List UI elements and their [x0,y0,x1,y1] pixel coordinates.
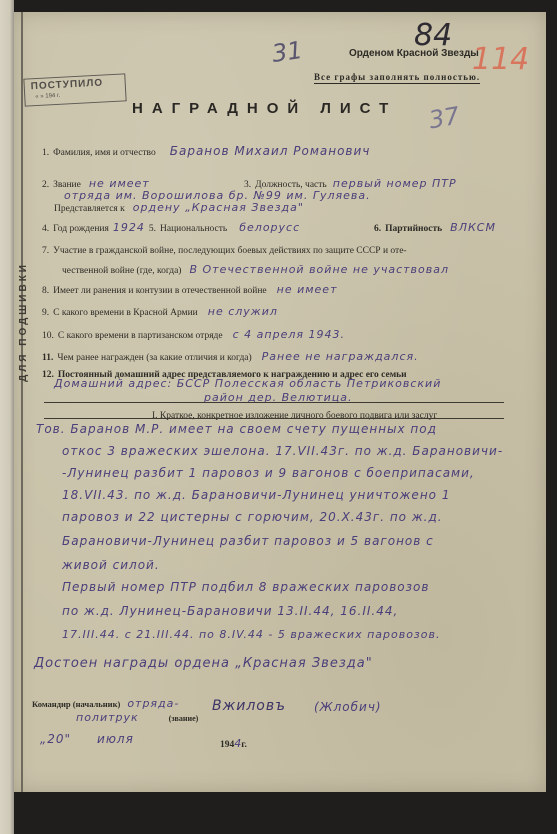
field-value: белорусс [239,221,300,234]
field-12-value-cont: район дер. Велютица. [204,388,353,406]
field-nominated-for: Представляется к ордену „Красная Звезда" [54,198,304,216]
role-value-2: политрук [76,711,139,724]
field-label: Имеет ли ранения и контузии в отечествен… [53,286,267,296]
stamp-date-line: « » 194 г. [35,93,60,100]
spine-line [21,12,23,792]
narrative-line: откос 3 вражеских эшелона. 17.VII.43г. п… [62,444,503,458]
field-label: Год рождения [53,224,109,234]
year-prefix: 194 [220,740,234,750]
divider [44,418,504,419]
narrative-line: 17.III.44. с 21.III.44. по 8.IV.44 - 5 в… [62,628,441,641]
field-label: Участие в гражданской войне, последующих… [53,246,406,256]
field-4: 4. Год рождения 1924 5. Национальность б… [42,218,300,236]
field-value: ВЛКСМ [450,221,496,234]
signature-rank-row: политрук (звание) [76,708,198,726]
field-1: 1. Фамилия, имя и отчество Баранов Михаи… [42,142,370,160]
field-label: Национальность [160,224,227,234]
field-value: с 4 апреля 1943. [233,328,345,341]
archive-number-red: 114 [472,42,529,77]
received-stamp: ПОСТУПИЛО « » 194 г. [23,73,126,106]
signature-year: 1944г. [220,734,247,752]
section-heading: I. Краткое, конкретное изложение личного… [152,411,437,421]
narrative-line: паровоз и 22 цистерны с горючим, 20.X.43… [62,510,443,524]
field-11: 11. Чем ранее награжден (за какие отличи… [42,347,419,365]
field-value: Баранов Михаил Романович [170,144,371,158]
narrative-line: Барановичи-Лунинец разбит паровоз и 5 ва… [62,534,434,548]
binder-edge [0,0,14,834]
date-month: июля [97,732,134,746]
field-value: В Отечественной войне не участвовал [189,263,449,276]
signer-name: (Жлобич) [314,700,382,714]
field-value: Ранее не награждался. [262,350,419,363]
award-sheet-document: ДЛЯ ПОДШИВКИ 31 84 114 37 Орденом Красно… [14,12,546,792]
archive-number-pencil: 37 [427,102,462,135]
year-suffix: г. [241,740,247,750]
rank-label: (звание) [169,714,199,723]
field-label: Чем ранее награжден (за какие отличия и … [57,353,251,363]
field-value: не имеет [277,283,338,296]
order-line: Орденом Красной Звезды [349,48,479,59]
field-7-cont: чественной войне (где, когда) В Отечеств… [62,260,449,278]
field-label: Представляется к [54,204,125,214]
date-day: „20" [40,732,71,746]
archive-number-left: 31 [270,36,304,68]
field-9: 9. С какого времени в Красной Армии не с… [42,302,278,320]
field-label: С какого времени в партизанском отряде [58,331,223,341]
field-value: ордену „Красная Звезда" [133,201,304,214]
narrative-line: -Лунинец разбит 1 паровоз и 9 вагонов с … [62,466,475,480]
spine-label: ДЛЯ ПОДШИВКИ [18,262,32,382]
field-label-cont: чественной войне (где, когда) [62,266,181,276]
instruction-line: Все графы заполнять полностью. [314,72,480,84]
field-label: Фамилия, имя и отчество [53,148,156,158]
field-7: 7. Участие в гражданской войне, последую… [42,240,407,258]
field-label: С какого времени в Красной Армии [53,308,198,318]
narrative-line: живой силой. [62,558,160,572]
field-6: 6. Партийность ВЛКСМ [374,218,496,236]
field-10: 10. С какого времени в партизанском отря… [42,325,345,343]
field-value: не служил [208,305,278,318]
signature-scrawl: Вжиловъ [212,698,286,714]
narrative-line: 18.VII.43. по ж.д. Барановичи-Лунинец ун… [62,488,450,502]
narrative-line: Первый номер ПТР подбил 8 вражеских паро… [62,580,429,594]
narrative-line: по ж.д. Лунинец-Барановичи 13.II.44, 16.… [62,604,398,618]
stamp-label: ПОСТУПИЛО [30,78,103,93]
field-value: 1924 [113,221,145,234]
narrative-line: Тов. Баранов М.Р. имеет на своем счету п… [36,422,437,436]
field-8: 8. Имеет ли ранения и контузии в отечест… [42,280,338,298]
section-heading-row: I. Краткое, конкретное изложение личного… [152,405,437,423]
field-label: Партийность [385,224,442,234]
divider [44,402,504,403]
signature-date-row: „20" июля [40,730,134,748]
page-title: НАГРАДНОЙ ЛИСТ [132,100,397,117]
recommendation-line: Достоен награды ордена „Красная Звезда" [34,656,373,671]
